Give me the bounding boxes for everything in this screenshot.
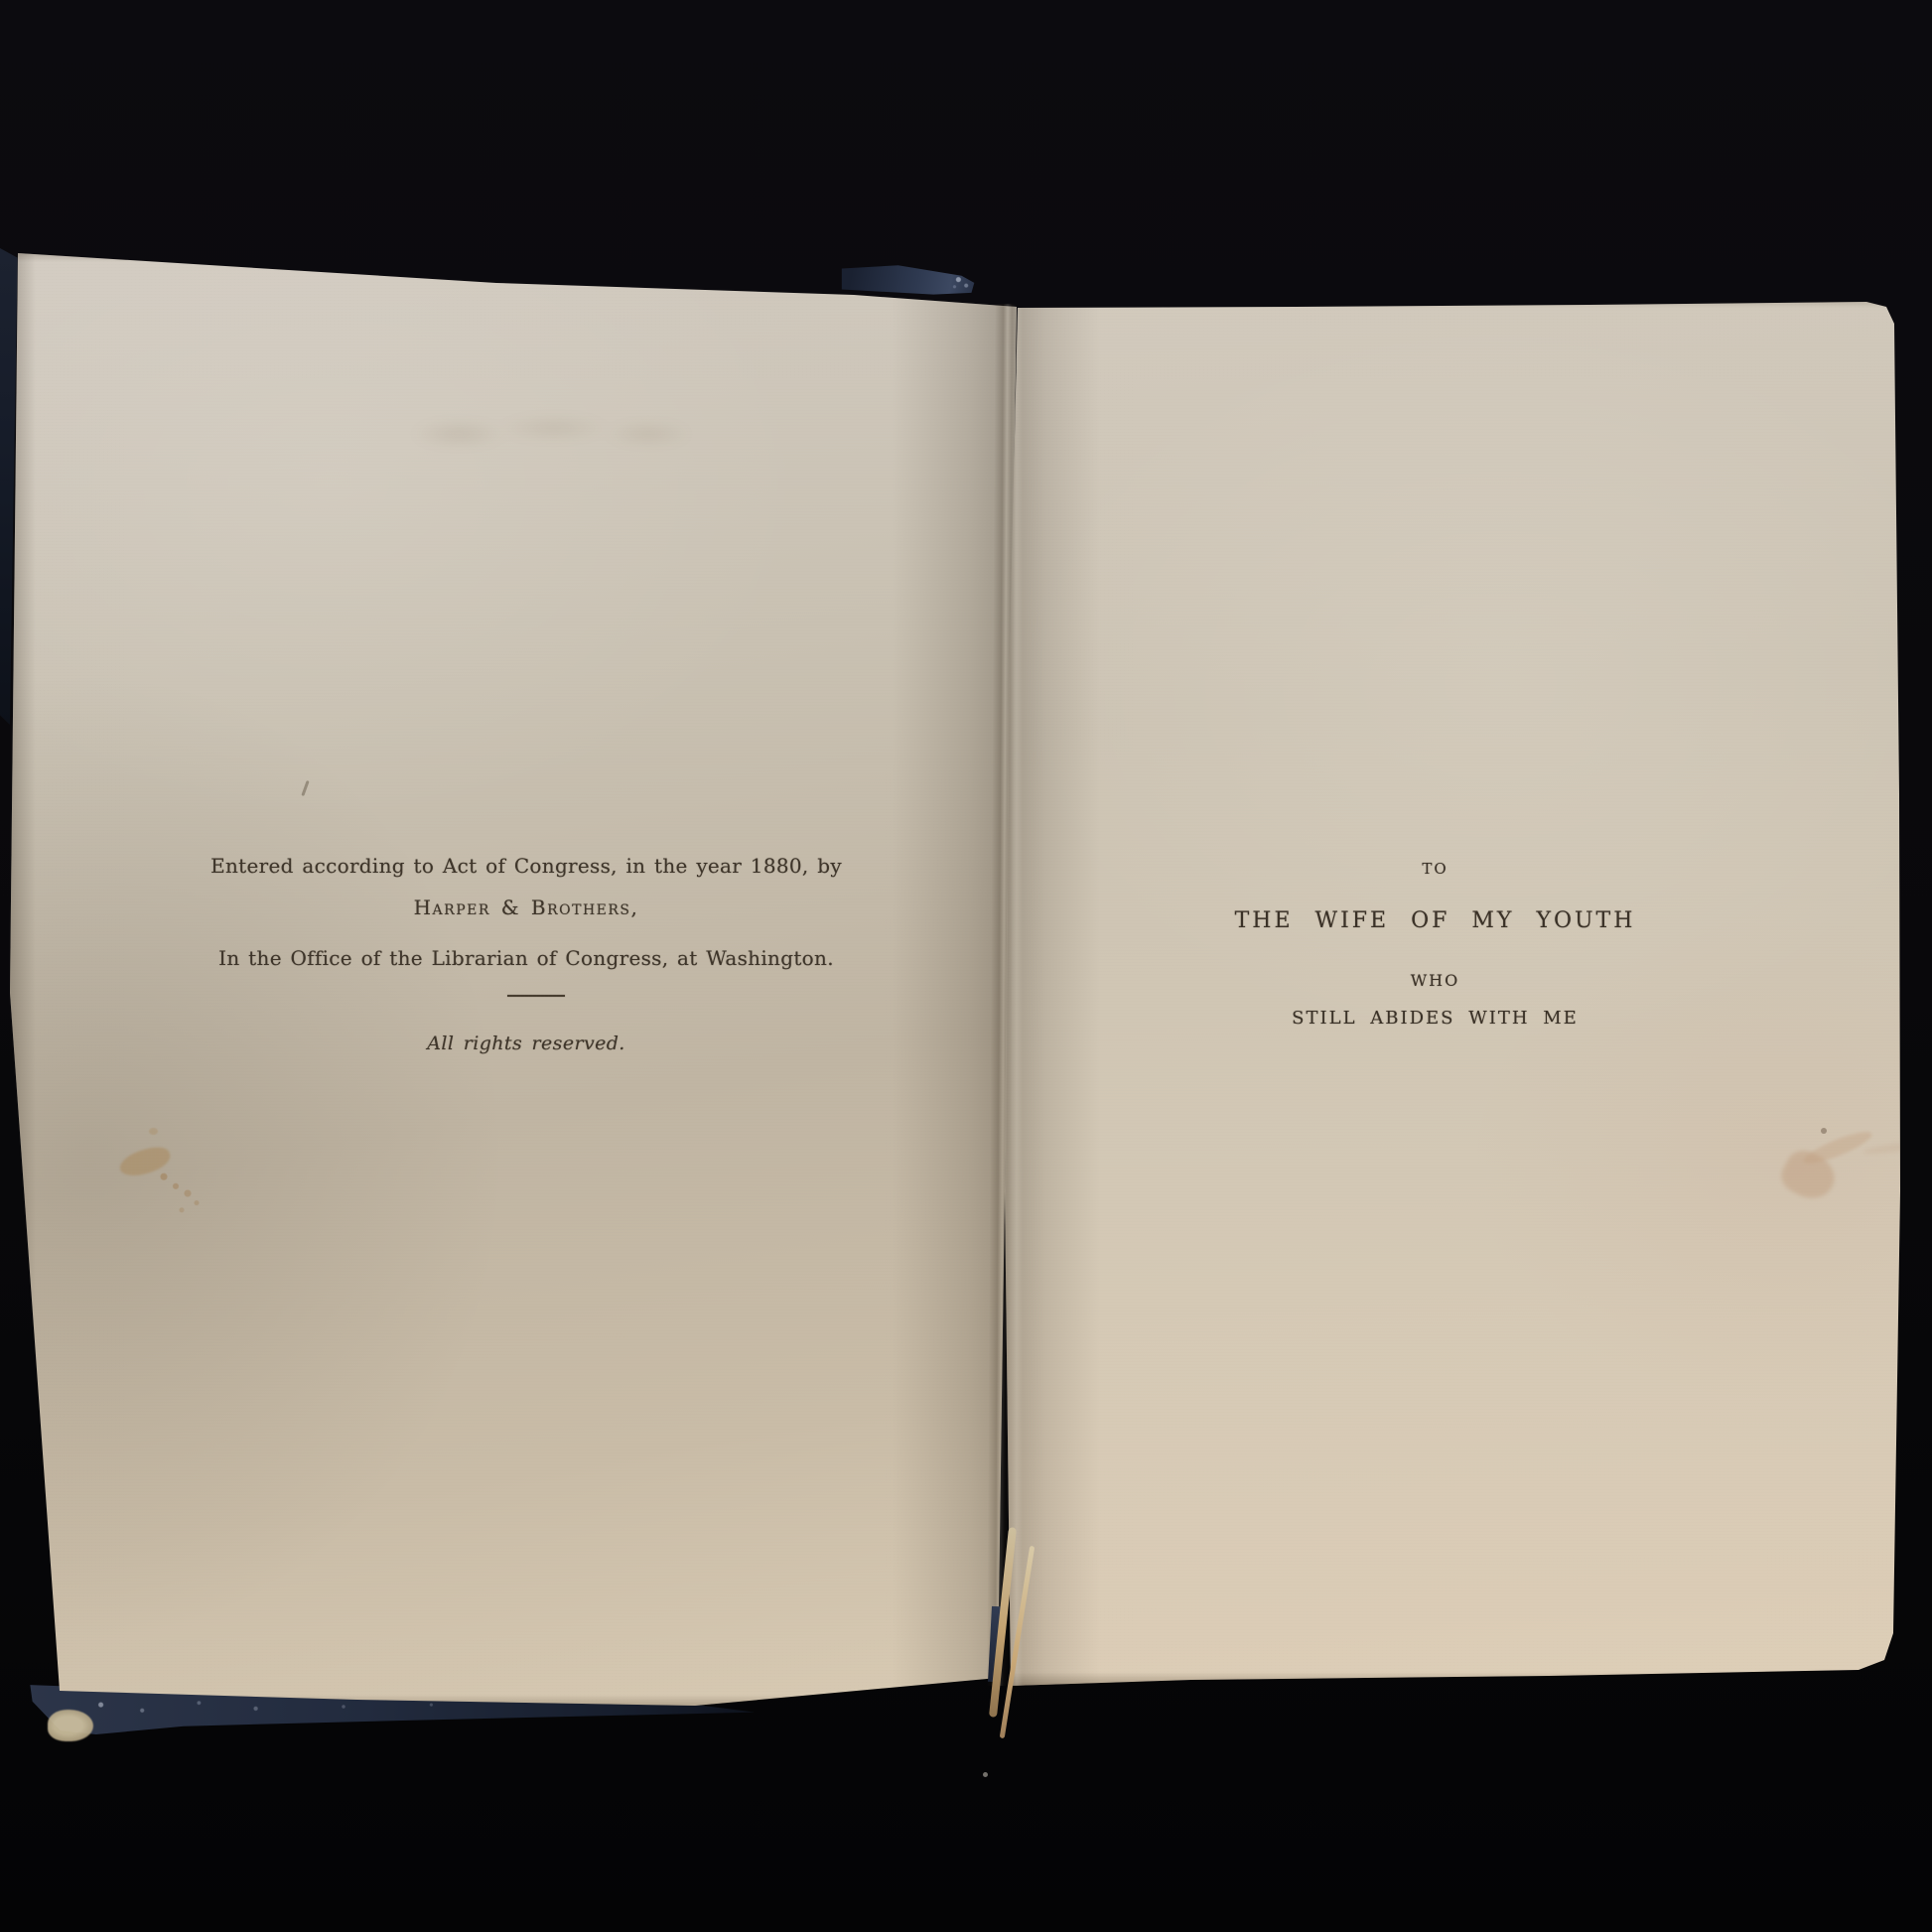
cover-frayed-corner — [48, 1710, 93, 1741]
stain-dot — [1821, 1128, 1827, 1134]
copyright-entry-line: Entered according to Act of Congress, in… — [20, 854, 1021, 879]
dedication-who: WHO — [1001, 971, 1889, 991]
copyright-office-line: In the Office of the Librarian of Congre… — [20, 946, 1021, 971]
paper-scratch — [301, 780, 309, 796]
stain — [1801, 1127, 1875, 1170]
dedication-recipient: THE WIFE OF MY YOUTH — [1001, 907, 1889, 935]
page-top-shadow — [1001, 294, 1909, 308]
left-page: Entered according to Act of Congress, in… — [8, 248, 1021, 1713]
page-bottom-shadow — [1001, 1672, 1909, 1690]
book-photograph: Entered according to Act of Congress, in… — [0, 0, 1932, 1932]
stain-streak — [1863, 1139, 1909, 1156]
dedication-abides: STILL ABIDES WITH ME — [1001, 1008, 1889, 1031]
spine-wear-speckles — [948, 270, 974, 294]
paper-grain — [8, 248, 1021, 1713]
stain-speckles — [155, 1170, 214, 1217]
dust-speck — [983, 1772, 988, 1777]
dedication-to: TO — [1001, 860, 1889, 879]
copyright-publisher-line: Harper & Brothers, — [20, 896, 1021, 920]
section-rule — [507, 995, 565, 997]
show-through-ghost-text — [402, 402, 718, 460]
right-page: TO THE WIFE OF MY YOUTH WHO STILL ABIDES… — [1001, 294, 1909, 1690]
page-top-shadow — [8, 248, 1021, 262]
stain — [149, 1128, 158, 1135]
paper-grain — [1001, 294, 1909, 1690]
all-rights-reserved-line: All rights reserved. — [20, 1033, 1021, 1056]
